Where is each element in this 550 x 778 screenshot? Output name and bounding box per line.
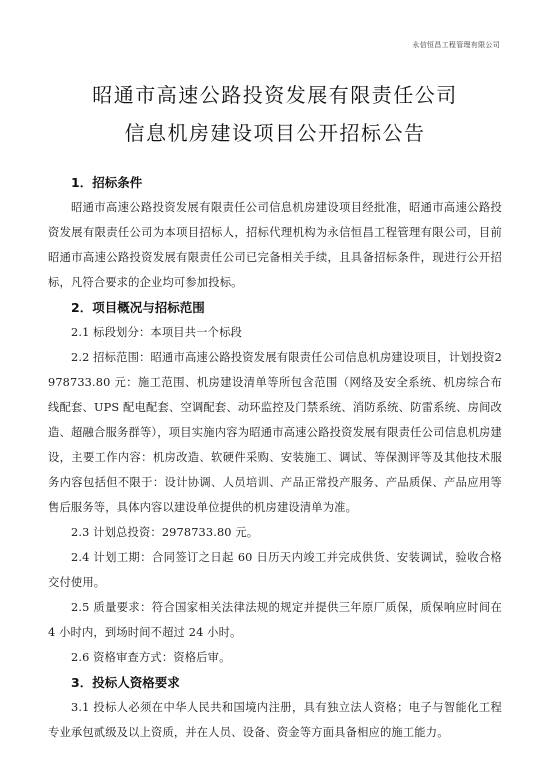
paragraph: 2.4 计划工期：合同签订之日起 60 日历天内竣工并完成供货、安装调试，验收合… (48, 545, 502, 595)
paragraph: 3.1 投标人必须在中华人民共和国境内注册，具有独立法人资格；电子与智能化工程专… (48, 695, 502, 745)
section-bidding-conditions: 1．招标条件 昭通市高速公路投资发展有限责任公司信息机房建设项目经批准，昭通市高… (48, 170, 502, 295)
section-bidder-qualifications: 3．投标人资格要求 3.1 投标人必须在中华人民共和国境内注册，具有独立法人资格… (48, 670, 502, 745)
header-company-name: 永信恒昌工程管理有限公司 (412, 40, 500, 50)
document-body: 1．招标条件 昭通市高速公路投资发展有限责任公司信息机房建设项目经批准，昭通市高… (48, 170, 502, 745)
section-heading: 3．投标人资格要求 (48, 670, 502, 695)
paragraph: 2.2 招标范围：昭通市高速公路投资发展有限责任公司信息机房建设项目，计划投资2… (48, 345, 502, 520)
document-title-line-1: 昭通市高速公路投资发展有限责任公司 (0, 79, 550, 108)
paragraph: 2.1 标段划分：本项目共一个标段 (48, 320, 502, 345)
section-heading: 2．项目概况与招标范围 (48, 295, 502, 320)
section-project-overview: 2．项目概况与招标范围 2.1 标段划分：本项目共一个标段 2.2 招标范围：昭… (48, 295, 502, 670)
document-title-line-2: 信息机房建设项目公开招标公告 (0, 117, 550, 146)
paragraph: 2.3 计划总投资：2978733.80 元。 (48, 520, 502, 545)
paragraph: 昭通市高速公路投资发展有限责任公司信息机房建设项目经批准，昭通市高速公路投资发展… (48, 195, 502, 295)
paragraph: 2.6 资格审查方式：资格后审。 (48, 645, 502, 670)
paragraph: 2.5 质量要求：符合国家相关法律法规的规定并提供三年原厂质保，质保响应时间在 … (48, 595, 502, 645)
section-heading: 1．招标条件 (48, 170, 502, 195)
